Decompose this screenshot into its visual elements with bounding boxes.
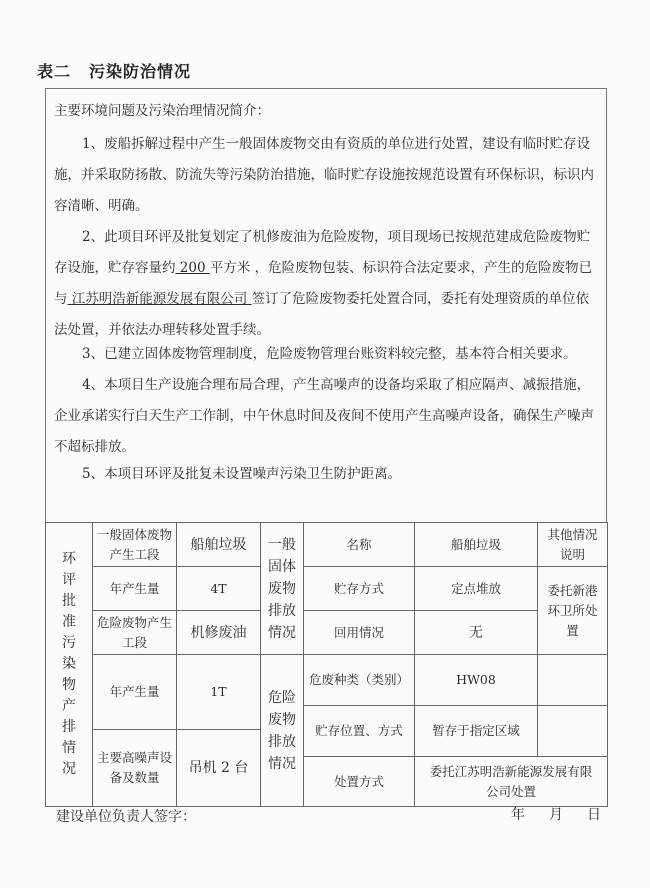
paragraph-1: 1、废船拆解过程中产生一般固体废物交由有资质的单位进行处置，建设有临时贮存设施，… [54,129,599,222]
general-value-0: 船舶垃圾 [414,522,538,567]
general-label-1: 贮存方式 [303,566,415,611]
hazard-other-0 [537,654,608,706]
left-label-0: 一般固体废物产生工段 [92,522,177,567]
hazard-label-0: 危废种类（类别） [303,654,415,706]
paragraph-3: 3、已建立固体废物管理制度，危险废物管理台账资料较完整，基本符合相关要求。 [54,339,599,370]
left-label-3: 年产生量 [92,654,177,730]
hazard-other-1 [537,705,608,757]
hazard-label-1: 贮存位置、方式 [303,705,415,757]
left-label-1: 年产生量 [92,566,177,611]
day-label: 日 [587,807,601,823]
intro-title: 主要环境问题及污染治理情况简介： [54,99,270,119]
hazard-value-1: 暂存于指定区域 [414,705,538,757]
general-other-note: 委托新港环卫所处置 [537,566,608,655]
intro-box: 主要环境问题及污染治理情况简介： 1、废船拆解过程中产生一般固体废物交由有资质的… [45,88,607,522]
table-number: 表二 [37,62,71,81]
left-label-2: 危险废物产生工段 [92,610,177,655]
left-value-2: 机修废油 [176,610,261,655]
hazard-group-label: 危险废物排放情况 [265,687,299,775]
hazard-label-2: 处置方式 [303,756,415,807]
hazard-value-2: 委托江苏明浩新能源发展有限公司处置 [414,756,608,807]
month-label: 月 [549,807,563,823]
left-value-3: 1T [176,654,261,730]
date-line: 年月日 [511,804,625,824]
general-value-2: 无 [414,610,538,655]
page-heading: 表二污染防治情况 [37,59,191,82]
general-group-cell: 一般固体废物排放情况 [260,522,304,655]
emissions-table: 环评批准污染物产排情况 一般固体废物产生工段 船舶垃圾 年产生量 4T 危险废物… [45,522,608,807]
other-notes-header: 其他情况说明 [537,522,608,567]
storage-area-value: 200 [176,260,210,276]
general-group-label: 一般固体废物排放情况 [265,534,299,644]
paragraph-4: 4、本项目生产设施合理布局合理，产生高噪声的设备均采取了相应隔声、减振措施，企业… [54,370,599,463]
left-value-4: 吊机 2 台 [176,729,261,807]
paragraph-5: 5、本项目环评及批复未设置噪声污染卫生防护距离。 [54,459,599,490]
general-label-2: 回用情况 [303,610,415,655]
company-name: 江苏明浩新能源发展有限公司 [68,291,252,307]
left-value-1: 4T [176,566,261,611]
signature-label: 建设单位负责人签字： [56,806,196,826]
general-value-1: 定点堆放 [414,566,538,611]
left-value-0: 船舶垃圾 [176,522,261,567]
side-label-cell: 环评批准污染物产排情况 [45,522,93,807]
general-label-0: 名称 [303,522,415,567]
hazard-group-cell: 危险废物排放情况 [260,654,304,807]
year-label: 年 [511,807,525,823]
paragraph-2: 2、此项目环评及批复划定了机修废油为危险废物，项目现场已按规范建成危险废物贮存设… [54,222,599,346]
left-label-4: 主要高噪声设备及数量 [92,729,177,807]
side-label: 环评批准污染物产排情况 [60,549,78,780]
hazard-value-0: HW08 [414,654,538,706]
section-title: 污染防治情况 [89,62,191,81]
